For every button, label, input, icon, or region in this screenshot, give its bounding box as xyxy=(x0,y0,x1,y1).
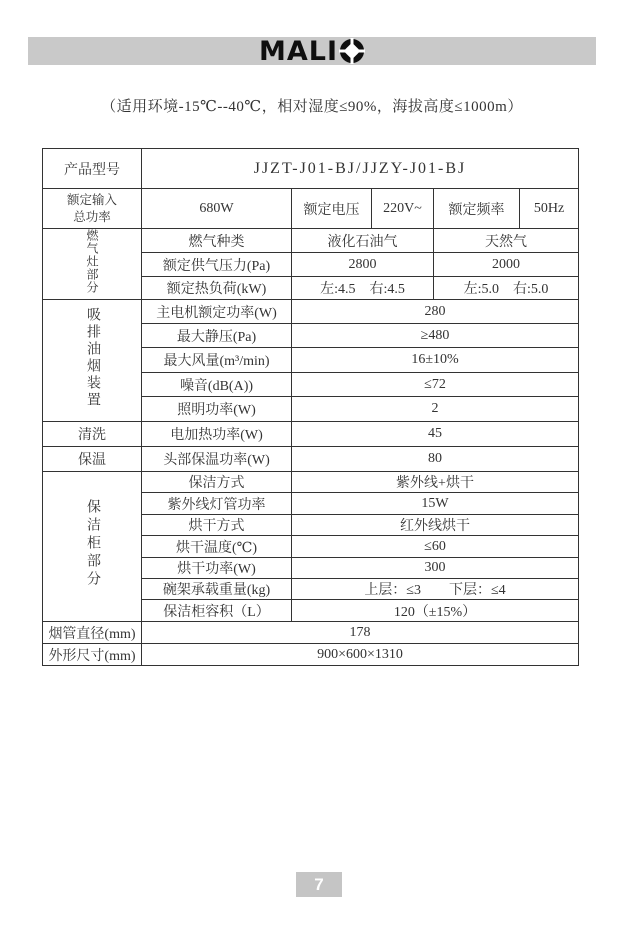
voltage-value: 220V~ xyxy=(372,189,434,229)
duct-diameter-label: 烟管直径(mm) xyxy=(43,622,142,644)
hood-row-label: 主电机额定功率(W) xyxy=(142,300,292,324)
row-cleaning: 清洗 电加热功率(W) 45 xyxy=(43,422,579,447)
frequency-value: 50Hz xyxy=(520,189,579,229)
product-model-value: JJZT-J01-BJ/JJZY-J01-BJ xyxy=(142,149,579,189)
section-title-hood: 吸排油烟装置 xyxy=(85,307,99,409)
cabinet-row-label: 紫外线灯管功率 xyxy=(142,493,292,515)
warming-value: 80 xyxy=(292,447,579,472)
section-title-warming: 保温 xyxy=(43,447,142,472)
cabinet-row-value: 120（±15%） xyxy=(292,600,579,622)
cabinet-row-value: ≤60 xyxy=(292,536,579,558)
section-title-stove-cell: 燃气灶部分 xyxy=(43,229,142,300)
section-title-cleaning: 清洗 xyxy=(43,422,142,447)
cleaning-label: 电加热功率(W) xyxy=(142,422,292,447)
environment-note: （适用环境-15℃--40℃，相对湿度≤90%，海拔高度≤1000m） xyxy=(0,95,624,116)
cabinet-row-label: 烘干温度(℃) xyxy=(142,536,292,558)
cabinet-row-label: 烘干方式 xyxy=(142,515,292,536)
row-dimensions: 外形尺寸(mm) 900×600×1310 xyxy=(43,644,579,666)
cabinet-row-value: 15W xyxy=(292,493,579,515)
row-gas-type: 燃气灶部分 燃气种类 液化石油气 天然气 xyxy=(43,229,579,253)
gas-type-label: 燃气种类 xyxy=(142,229,292,253)
rated-input-label: 额定输入 总功率 xyxy=(43,189,142,229)
hood-row-value: 2 xyxy=(292,397,579,422)
section-title-hood-cell: 吸排油烟装置 xyxy=(43,300,142,422)
cabinet-row-label: 保洁方式 xyxy=(142,472,292,493)
dimensions-value: 900×600×1310 xyxy=(142,644,579,666)
spec-table: 产品型号 JJZT-J01-BJ/JJZY-J01-BJ 额定输入 总功率 68… xyxy=(42,148,579,666)
page-number: 7 xyxy=(314,875,323,895)
hood-row-label: 照明功率(W) xyxy=(142,397,292,422)
hood-row-label: 噪音(dB(A)) xyxy=(142,373,292,397)
product-model-label: 产品型号 xyxy=(43,149,142,189)
hood-row-value: 16±10% xyxy=(292,348,579,373)
section-title-cabinet-cell: 保洁柜部分 xyxy=(43,472,142,622)
section-title-stove: 燃气灶部分 xyxy=(86,229,98,294)
cabinet-row-value: 300 xyxy=(292,558,579,579)
supply-pressure-natural: 2000 xyxy=(434,253,579,277)
cabinet-row-value: 上层：≤3 下层：≤4 xyxy=(292,579,579,600)
page-number-badge: 7 xyxy=(296,872,342,897)
rated-input-value: 680W xyxy=(142,189,292,229)
cabinet-row-value: 紫外线+烘干 xyxy=(292,472,579,493)
hood-row-label: 最大风量(m³/min) xyxy=(142,348,292,373)
malio-segmented-ring-icon xyxy=(339,38,365,64)
cleaning-value: 45 xyxy=(292,422,579,447)
cabinet-row-label: 碗架承载重量(kg) xyxy=(142,579,292,600)
logo-band: MALI xyxy=(28,37,596,65)
voltage-label: 额定电压 xyxy=(292,189,372,229)
heat-load-label: 额定热负荷(kW) xyxy=(142,277,292,300)
gas-type-lpg: 液化石油气 xyxy=(292,229,434,253)
heat-load-natural: 左:5.0 右:5.0 xyxy=(434,277,579,300)
row-cabinet-method: 保洁柜部分 保洁方式 紫外线+烘干 xyxy=(43,472,579,493)
frequency-label: 额定频率 xyxy=(434,189,520,229)
row-hood-motor: 吸排油烟装置 主电机额定功率(W) 280 xyxy=(43,300,579,324)
supply-pressure-label: 额定供气压力(Pa) xyxy=(142,253,292,277)
dimensions-label: 外形尺寸(mm) xyxy=(43,644,142,666)
cabinet-row-value: 红外线烘干 xyxy=(292,515,579,536)
hood-row-value: ≥480 xyxy=(292,324,579,348)
brand-letters: MALI xyxy=(259,38,338,65)
row-product-model: 产品型号 JJZT-J01-BJ/JJZY-J01-BJ xyxy=(43,149,579,189)
cabinet-row-label: 保洁柜容积（L） xyxy=(142,600,292,622)
cabinet-row-label: 烘干功率(W) xyxy=(142,558,292,579)
duct-diameter-value: 178 xyxy=(142,622,579,644)
hood-row-value: 280 xyxy=(292,300,579,324)
hood-row-label: 最大静压(Pa) xyxy=(142,324,292,348)
gas-type-natural: 天然气 xyxy=(434,229,579,253)
section-title-cabinet: 保洁柜部分 xyxy=(85,499,99,589)
heat-load-lpg: 左:4.5 右:4.5 xyxy=(292,277,434,300)
hood-row-value: ≤72 xyxy=(292,373,579,397)
supply-pressure-lpg: 2800 xyxy=(292,253,434,277)
warming-label: 头部保温功率(W) xyxy=(142,447,292,472)
brand-logo: MALI xyxy=(259,38,365,65)
row-warming: 保温 头部保温功率(W) 80 xyxy=(43,447,579,472)
row-rated-input: 额定输入 总功率 680W 额定电压 220V~ 额定频率 50Hz xyxy=(43,189,579,229)
row-duct-diameter: 烟管直径(mm) 178 xyxy=(43,622,579,644)
